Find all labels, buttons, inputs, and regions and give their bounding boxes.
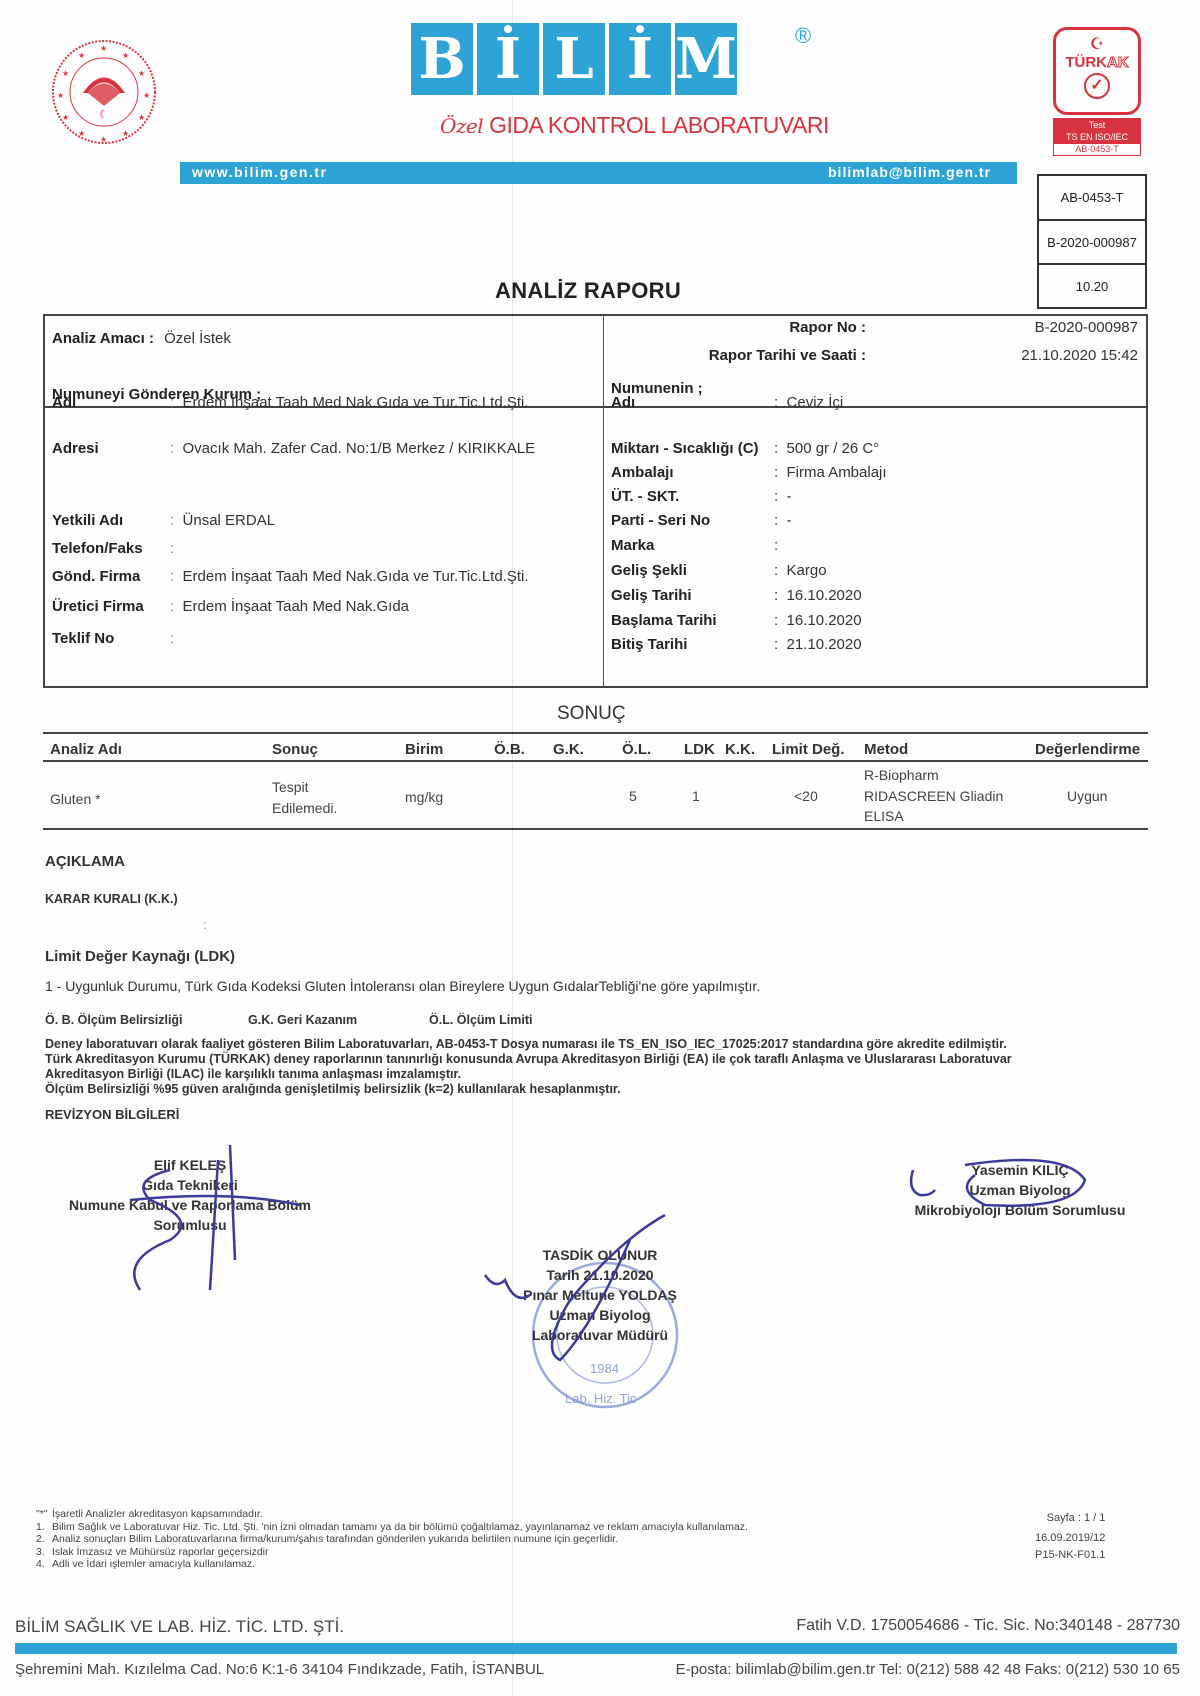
subtitle-script: Özel [440,114,483,138]
legend-ol: Ö.L. Ölçüm Limiti [429,1013,532,1027]
field-colon: : [170,598,183,615]
field-label: Gönd. Firma [52,568,170,585]
footnote-item: "*"İşaretli Analizler akreditasyon kapsa… [36,1508,748,1521]
cell-method-1: R-Biopharm [864,767,939,783]
footnote-mark: "*" [36,1508,52,1521]
report-date-label: Rapor Tarihi ve Saati : [709,347,866,364]
form-info: Sayfa : 1 / 1 16.09.2019/12 P15-NK-F01.1 [1035,1508,1105,1562]
field-colon: : [774,562,787,579]
company-name: BİLİM SAĞLIK VE LAB. HİZ. TİC. LTD. ŞTİ. [15,1617,344,1637]
field-value: 21.10.2020 [787,636,862,653]
analysis-purpose: Analiz Amacı : Özel İstek [52,330,231,347]
page-number: Sayfa : 1 / 1 [1035,1508,1105,1528]
footnotes: "*"İşaretli Analizler akreditasyon kapsa… [36,1508,748,1571]
svg-text:★: ★ [122,129,129,138]
sender-field: Yetkili Adı: Ünsal ERDAL [52,512,275,529]
report-info-table: Analiz Amacı : Özel İstek Numuneyi Gönde… [43,314,1148,688]
sample-field: Adı: Ceviz İçi [611,394,843,411]
month-code-box: 10.20 [1037,263,1147,309]
sample-field: Geliş Tarihi: 16.10.2020 [611,587,862,604]
field-value: 16.10.2020 [787,612,862,629]
svg-text:★: ★ [138,69,145,78]
field-value: Kargo [787,562,827,579]
svg-text:★: ★ [78,129,85,138]
divider [43,828,1148,830]
col-limit: Limit Değ. [772,741,845,758]
turkak-test-label: Test [1053,119,1141,131]
svg-text:★: ★ [100,135,107,144]
decision-rule-colon: : [203,917,207,932]
registered-mark: ® [795,23,811,49]
lab-subtitle: Özel GIDA KONTROL LABORATUVARI [440,112,829,139]
field-colon: : [774,612,787,629]
footer-bar [15,1643,1177,1654]
field-value: Firma Ambalajı [787,464,887,481]
turkak-name-1: TÜRK [1065,54,1107,71]
ministry-seal-icon: ★★★ ★★★ ★★★ ★★★ ☾ [50,38,158,146]
turkak-name-2: AK [1107,54,1129,71]
svg-text:★: ★ [78,51,85,60]
field-colon: : [774,464,787,481]
field-colon: : [774,488,787,505]
field-label: Geliş Tarihi [611,587,774,604]
accreditation-line: Deney laboratuvarı olarak faaliyet göste… [45,1037,1155,1052]
sample-field: Geliş Şekli: Kargo [611,562,827,579]
footnote-item: 2.Analiz sonuçları Bilim Laboratuvarları… [36,1533,748,1546]
field-colon: : [774,636,787,653]
cell-method-2: RIDASCREEN Gliadin [864,788,1003,804]
field-label: Telefon/Faks [52,540,170,557]
field-label: Miktarı - Sıcaklığı (C) [611,440,774,457]
aciklama-heading: AÇIKLAMA [45,853,125,870]
field-value: Erdem İnşaat Taah Med Nak.Gıda ve Tur.Ti… [183,568,529,585]
cell-method-3: ELISA [864,808,904,824]
sample-field: ÜT. - SKT.: - [611,488,792,505]
logo-letter: M [675,23,737,95]
page-title: ANALİZ RAPORU [495,278,681,304]
field-label: Marka [611,537,774,554]
ldk-heading: Limit Değer Kaynağı (LDK) [45,948,235,965]
field-label: Parti - Seri No [611,512,774,529]
field-value: - [787,488,792,505]
footnote-text: Islak İmzasız ve Mühürsüz raporlar geçer… [52,1546,269,1558]
footnote-mark: 4. [36,1558,52,1571]
logo-letter: İ [477,23,539,95]
email-link[interactable]: bilimlab@bilim.gen.tr [828,164,991,180]
cell-result-2: Edilemedi. [272,800,337,816]
sample-field: Bitiş Tarihi: 21.10.2020 [611,636,862,653]
svg-text:★: ★ [57,91,64,100]
footnote-item: 4.Adli ve İdari işlemler amacıyla kullan… [36,1558,748,1571]
field-colon: : [774,440,787,457]
field-colon: : [170,512,183,529]
svg-text:★: ★ [62,113,69,122]
sample-field: Miktarı - Sıcaklığı (C): 500 gr / 26 C° [611,440,879,457]
field-colon: : [774,587,787,604]
divider [43,760,1148,762]
field-value: Ceviz İçi [787,394,844,411]
results-title: SONUÇ [557,703,626,725]
col-gk: G.K. [553,741,584,758]
bilim-logo: B İ L İ M [411,23,737,95]
field-colon: : [774,537,787,554]
decision-rule-heading: KARAR KURALI (K.K.) [45,892,178,906]
footnote-mark: 2. [36,1533,52,1546]
purpose-label: Analiz Amacı : [52,330,154,347]
field-label: Adı [611,394,774,411]
svg-text:★: ★ [122,51,129,60]
company-address: Şehremini Mah. Kızılelma Cad. No:6 K:1-6… [15,1661,544,1678]
revision-heading: REVİZYON BİLGİLERİ [45,1107,179,1122]
crescent-icon: ☪ [1056,34,1138,54]
field-label: Adı [52,394,170,411]
signature-scribble-icon [110,1140,310,1300]
field-label: Başlama Tarihi [611,612,774,629]
footnote-mark: 3. [36,1546,52,1559]
sample-field: Marka: [611,537,787,554]
logo-letter: B [411,23,473,95]
report-no-value: B-2020-000987 [1035,319,1138,336]
legend-ob: Ö. B. Ölçüm Belirsizliği [45,1013,183,1027]
company-tax-info: Fatih V.D. 1750054686 - Tic. Sic. No:340… [796,1617,1180,1635]
logo-letter: L [543,23,605,95]
footnote-item: 3.Islak İmzasız ve Mühürsüz raporlar geç… [36,1546,748,1559]
svg-text:★: ★ [100,44,107,53]
accreditation-code-box: AB-0453-T [1037,174,1147,221]
cell-analysis: Gluten * [50,791,101,807]
col-method: Metod [864,741,908,758]
col-kk: K.K. [725,741,755,758]
sender-field: Üretici Firma: Erdem İnşaat Taah Med Nak… [52,598,409,615]
form-date: 16.09.2019/12 [1035,1528,1105,1548]
accreditation-statement: Deney laboratuvarı olarak faaliyet göste… [45,1037,1155,1097]
field-label: Bitiş Tarihi [611,636,774,653]
sender-field: Teklif No: [52,630,183,647]
footnote-mark: 1. [36,1521,52,1534]
field-value: - [787,512,792,529]
col-ob: Ö.B. [494,741,525,758]
field-label: Adresi [52,440,170,457]
field-value: Ünsal ERDAL [183,512,276,529]
cell-ldk: 1 [692,788,700,804]
footnote-text: Adli ve İdari işlemler amacıyla kullanıl… [52,1558,255,1570]
field-colon: : [774,512,787,529]
svg-text:Lab. Hiz. Tic: Lab. Hiz. Tic [565,1391,637,1406]
report-date-value: 21.10.2020 15:42 [1021,347,1138,364]
field-colon: : [170,630,183,647]
report-code-box: B-2020-000987 [1037,219,1147,265]
accreditation-line: Ölçüm Belirsizliği %95 güven aralığında … [45,1082,1155,1097]
legend-gk: G.K. Geri Kazanım [248,1013,357,1027]
col-result: Sonuç [272,741,318,758]
ldk-text: 1 - Uygunluk Durumu, Türk Gıda Kodeksi G… [45,978,760,994]
col-unit: Birim [405,741,443,758]
turkak-logo: ☪ TÜRKAK ✓ [1053,27,1141,115]
logo-letter: İ [609,23,671,95]
field-colon: : [170,440,183,457]
footnote-text: Bilim Sağlık ve Laboratuvar Hiz. Tic. Lt… [52,1521,748,1533]
field-label: Teklif No [52,630,170,647]
svg-text:★: ★ [143,91,150,100]
divider [43,732,1148,734]
form-code: P15-NK-F01.1 [1035,1548,1105,1562]
footnote-text: Analiz sonuçları Bilim Laboratuvarlarına… [52,1533,618,1545]
sender-field: Telefon/Faks: [52,540,183,557]
sender-field: Adı: Erdem İnşaat Taah Med Nak.Gıda ve T… [52,394,529,411]
field-value: 16.10.2020 [787,587,862,604]
website-link[interactable]: www.bilim.gen.tr [192,164,328,180]
sender-field: Gönd. Firma: Erdem İnşaat Taah Med Nak.G… [52,568,529,585]
sample-field: Başlama Tarihi: 16.10.2020 [611,612,862,629]
field-label: ÜT. - SKT. [611,488,774,505]
cell-limit: <20 [794,788,818,804]
field-value: 500 gr / 26 C° [787,440,880,457]
accreditation-line: Akreditasyon Birliği (ILAC) ile karşılık… [45,1067,1155,1082]
col-ol: Ö.L. [622,741,651,758]
footnote-text: İşaretli Analizler akreditasyon kapsamın… [52,1508,263,1520]
subtitle-text: GIDA KONTROL LABORATUVARI [489,112,829,138]
cell-result-1: Tespit [272,779,309,795]
check-icon: ✓ [1084,73,1110,99]
svg-text:★: ★ [138,113,145,122]
cell-ol: 5 [629,788,637,804]
field-value: Ovacık Mah. Zafer Cad. No:1/B Merkez / K… [183,440,536,457]
col-ldk: LDK [684,741,715,758]
report-no-label: Rapor No : [789,319,866,336]
field-label: Üretici Firma [52,598,170,615]
sender-field: Adresi: Ovacık Mah. Zafer Cad. No:1/B Me… [52,440,535,457]
accreditation-line: Türk Akreditasyon Kurumu (TÜRKAK) deney … [45,1052,1155,1067]
sample-field: Ambalajı: Firma Ambalajı [611,464,887,481]
sample-field: Parti - Seri No: - [611,512,792,529]
col-evaluation: Değerlendirme [1035,741,1140,758]
svg-text:☾: ☾ [99,109,109,121]
signature-scribble-icon [480,1210,680,1370]
svg-text:★: ★ [62,69,69,78]
field-colon: : [170,568,183,585]
field-label: Geliş Şekli [611,562,774,579]
turkak-name: TÜRKAK [1056,54,1138,71]
company-contact: E-posta: bilimlab@bilim.gen.tr Tel: 0(21… [676,1661,1180,1678]
field-colon: : [170,394,183,411]
field-label: Yetkili Adı [52,512,170,529]
field-value: Erdem İnşaat Taah Med Nak.Gıda ve Tur.Ti… [183,394,529,411]
paper-crease [512,0,513,1696]
field-label: Ambalajı [611,464,774,481]
cell-unit: mg/kg [405,789,443,805]
turkak-code: AB-0453-T [1053,143,1141,156]
divider [603,316,604,686]
footnote-item: 1.Bilim Sağlık ve Laboratuvar Hiz. Tic. … [36,1521,748,1534]
field-colon: : [170,540,183,557]
purpose-value: Özel İstek [164,330,231,347]
cell-evaluation: Uygun [1067,788,1107,804]
field-value: Erdem İnşaat Taah Med Nak.Gıda [183,598,410,615]
signature-scribble-icon [905,1150,1105,1220]
col-analysis: Analiz Adı [50,741,122,758]
field-colon: : [774,394,787,411]
